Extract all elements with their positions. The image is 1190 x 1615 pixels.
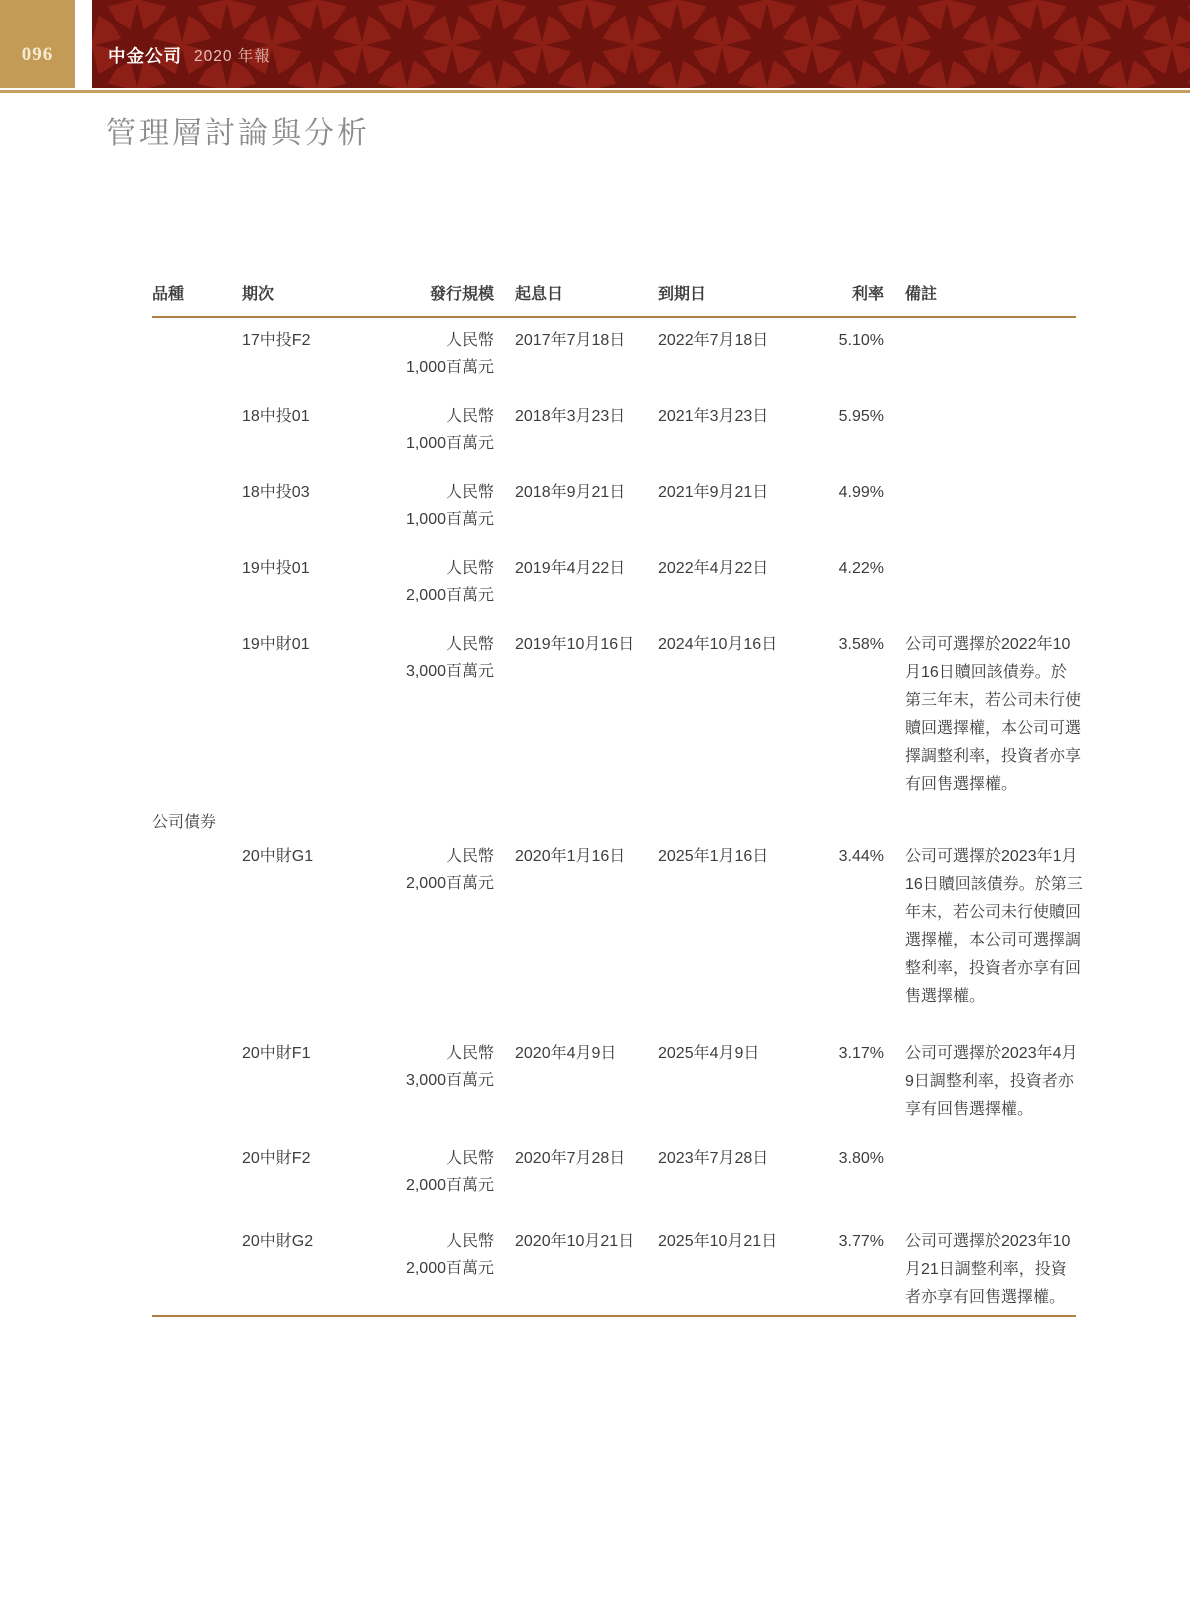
col-header-rate: 利率	[800, 281, 884, 308]
interest-rate: 5.95%	[800, 403, 884, 430]
bond-series: 20中財G1	[242, 843, 313, 870]
issue-size: 人民幣 2,000百萬元	[380, 843, 494, 897]
interest-rate: 3.80%	[800, 1145, 884, 1172]
issue-size: 人民幣 3,000百萬元	[380, 1040, 494, 1094]
interest-rate: 4.22%	[800, 555, 884, 582]
report-year: 2020 年報	[194, 44, 271, 66]
company-name: 中金公司	[108, 43, 182, 68]
interest-rate: 3.44%	[800, 843, 884, 870]
interest-rate: 3.77%	[800, 1228, 884, 1255]
bond-series: 18中投01	[242, 403, 310, 430]
col-header-type: 品種	[152, 281, 184, 308]
col-header-remark: 備註	[905, 281, 1097, 309]
remark: 公司可選擇於2023年10 月21日調整利率，投資 者亦享有回售選擇權。	[905, 1228, 1097, 1312]
bond-series: 20中財F2	[242, 1145, 310, 1172]
bond-series: 18中投03	[242, 479, 310, 506]
maturity-date: 2022年7月18日	[658, 327, 768, 354]
bond-series: 19中投01	[242, 555, 310, 582]
col-header-series: 期次	[242, 281, 274, 308]
interest-rate: 3.58%	[800, 631, 884, 658]
issue-size: 人民幣 2,000百萬元	[380, 1228, 494, 1282]
header-rule	[0, 90, 1190, 93]
maturity-date: 2025年1月16日	[658, 843, 768, 870]
maturity-date: 2025年10月21日	[658, 1228, 777, 1255]
interest-rate: 3.17%	[800, 1040, 884, 1067]
issue-size: 人民幣 1,000百萬元	[380, 403, 494, 457]
issue-size: 人民幣 3,000百萬元	[380, 631, 494, 685]
page-number: 096	[0, 0, 75, 88]
interest-rate: 4.99%	[800, 479, 884, 506]
value-date: 2018年3月23日	[515, 403, 625, 430]
page-title: 管理層討論與分析	[106, 108, 370, 152]
maturity-date: 2021年9月21日	[658, 479, 768, 506]
remark: 公司可選擇於2023年1月 16日贖回該債券。於第三 年末，若公司未行使贖回 選…	[905, 843, 1097, 1011]
value-date: 2020年7月28日	[515, 1145, 625, 1172]
bond-category-label: 公司債券	[152, 809, 216, 836]
bond-series: 19中財01	[242, 631, 310, 658]
maturity-date: 2023年7月28日	[658, 1145, 768, 1172]
value-date: 2018年9月21日	[515, 479, 625, 506]
col-header-maturity-date: 到期日	[658, 281, 706, 308]
remark: 公司可選擇於2022年10 月16日贖回該債券。於 第三年末，若公司未行使 贖回…	[905, 631, 1097, 799]
interest-rate: 5.10%	[800, 327, 884, 354]
banner-text: 中金公司 2020 年報	[108, 0, 271, 88]
table-bottom-rule	[152, 1315, 1076, 1317]
col-header-issue-size: 發行規模	[380, 281, 494, 308]
value-date: 2020年4月9日	[515, 1040, 616, 1067]
col-header-value-date: 起息日	[515, 281, 563, 308]
value-date: 2020年10月21日	[515, 1228, 634, 1255]
issue-size: 人民幣 1,000百萬元	[380, 327, 494, 381]
bond-series: 20中財G2	[242, 1228, 313, 1255]
header-banner: 中金公司 2020 年報	[92, 0, 1190, 88]
issue-size: 人民幣 2,000百萬元	[380, 555, 494, 609]
maturity-date: 2021年3月23日	[658, 403, 768, 430]
table-top-rule	[152, 316, 1076, 318]
bond-series: 20中財F1	[242, 1040, 310, 1067]
remark: 公司可選擇於2023年4月 9日調整利率，投資者亦 享有回售選擇權。	[905, 1040, 1097, 1124]
report-page: 096 中金公司 2020 年報 管理層討論與分析	[0, 0, 1190, 1615]
value-date: 2020年1月16日	[515, 843, 625, 870]
bond-series: 17中投F2	[242, 327, 310, 354]
issue-size: 人民幣 1,000百萬元	[380, 479, 494, 533]
maturity-date: 2024年10月16日	[658, 631, 777, 658]
value-date: 2017年7月18日	[515, 327, 625, 354]
value-date: 2019年4月22日	[515, 555, 625, 582]
value-date: 2019年10月16日	[515, 631, 634, 658]
issue-size: 人民幣 2,000百萬元	[380, 1145, 494, 1199]
maturity-date: 2022年4月22日	[658, 555, 768, 582]
maturity-date: 2025年4月9日	[658, 1040, 759, 1067]
